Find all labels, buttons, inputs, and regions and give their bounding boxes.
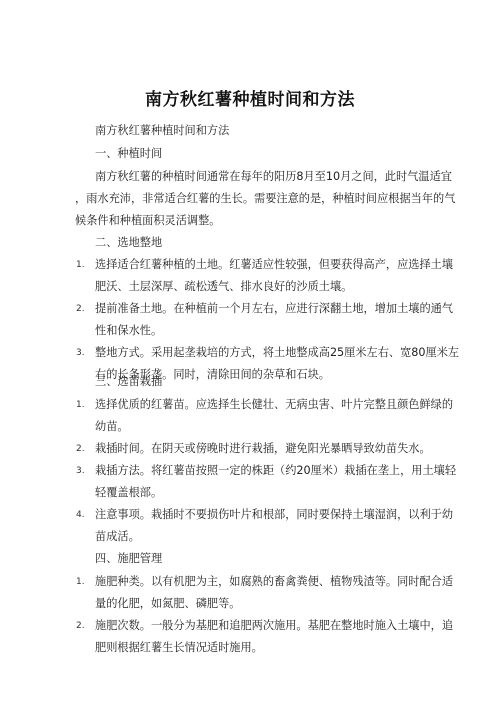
list-item-line: 注意事项。栽插时不要损伤叶片和根部，同时要保持土壤湿润，以利于幼 xyxy=(95,508,453,522)
section-heading-1: 一、种植时间 xyxy=(95,147,162,161)
list-item-line: 施肥种类。以有机肥为主，如腐熟的畜禽粪便、植物残渣等。同时配合适 xyxy=(95,575,453,589)
list-number: 1. xyxy=(76,398,85,412)
subtitle: 南方秋红薯种植时间和方法 xyxy=(95,124,229,138)
list-number: 4. xyxy=(76,508,85,522)
section-heading-4: 四、施肥管理 xyxy=(95,552,162,566)
list-item-line: 肥沃、土层深厚、疏松透气、排水良好的沙质土壤。 xyxy=(95,280,352,294)
list-number: 3. xyxy=(76,346,85,360)
list-item-line: 选择适合红薯种植的土地。红薯适应性较强，但要获得高产，应选择土壤 xyxy=(95,258,453,272)
list-item-line: 提前准备土地。在种植前一个月左右，应进行深翻土地，增加土壤的通气 xyxy=(95,302,453,316)
list-number: 2. xyxy=(76,302,85,316)
list-item-line: 栽插方法。将红薯苗按照一定的株距（约20厘米）栽插在垄上，用土壤轻 xyxy=(95,464,456,478)
paragraph-line: 南方秋红薯的种植时间通常在每年的阳历8月至10月之间，此时气温适宜 xyxy=(95,170,452,184)
list-number: 1. xyxy=(76,258,85,272)
section-heading-2: 二、选地整地 xyxy=(95,236,162,250)
list-item-line: 量的化肥，如氮肥、磷肥等。 xyxy=(95,597,240,611)
paragraph-line: 候条件和种植面积灵活调整。 xyxy=(75,214,220,228)
list-item-line: 选择优质的红薯苗。应选择生长健壮、无病虫害、叶片完整且颜色鲜绿的 xyxy=(95,398,453,412)
list-item-line: 整地方式。采用起垄栽培的方式，将土地整成高25厘米左右、宽80厘米左 xyxy=(95,346,459,360)
list-number: 3. xyxy=(76,464,85,478)
list-item-line: 轻覆盖根部。 xyxy=(95,486,162,500)
list-item-line: 幼苗。 xyxy=(95,420,129,434)
list-number: 2. xyxy=(76,442,85,456)
list-item-line: 苗成活。 xyxy=(95,530,140,544)
section-heading-3-display: 三、选苗栽插 xyxy=(95,375,162,389)
list-item-line: 肥则根据红薯生长情况适时施用。 xyxy=(95,641,263,655)
list-item-line: 施肥次数。一般分为基肥和追肥两次施用。基肥在整地时施入土壤中，追 xyxy=(95,619,453,633)
paragraph-line: ，雨水充沛，非常适合红薯的生长。需要注意的是，种植时间应根据当年的气 xyxy=(75,192,455,206)
list-item-line: 性和保水性。 xyxy=(95,324,162,338)
list-item-line: 栽插时间。在阴天或傍晚时进行栽插，避免阳光暴晒导致幼苗失水。 xyxy=(95,442,431,456)
document-title: 南方秋红薯种植时间和方法 xyxy=(0,85,500,110)
list-number: 2. xyxy=(76,619,85,633)
list-number: 1. xyxy=(76,575,85,589)
